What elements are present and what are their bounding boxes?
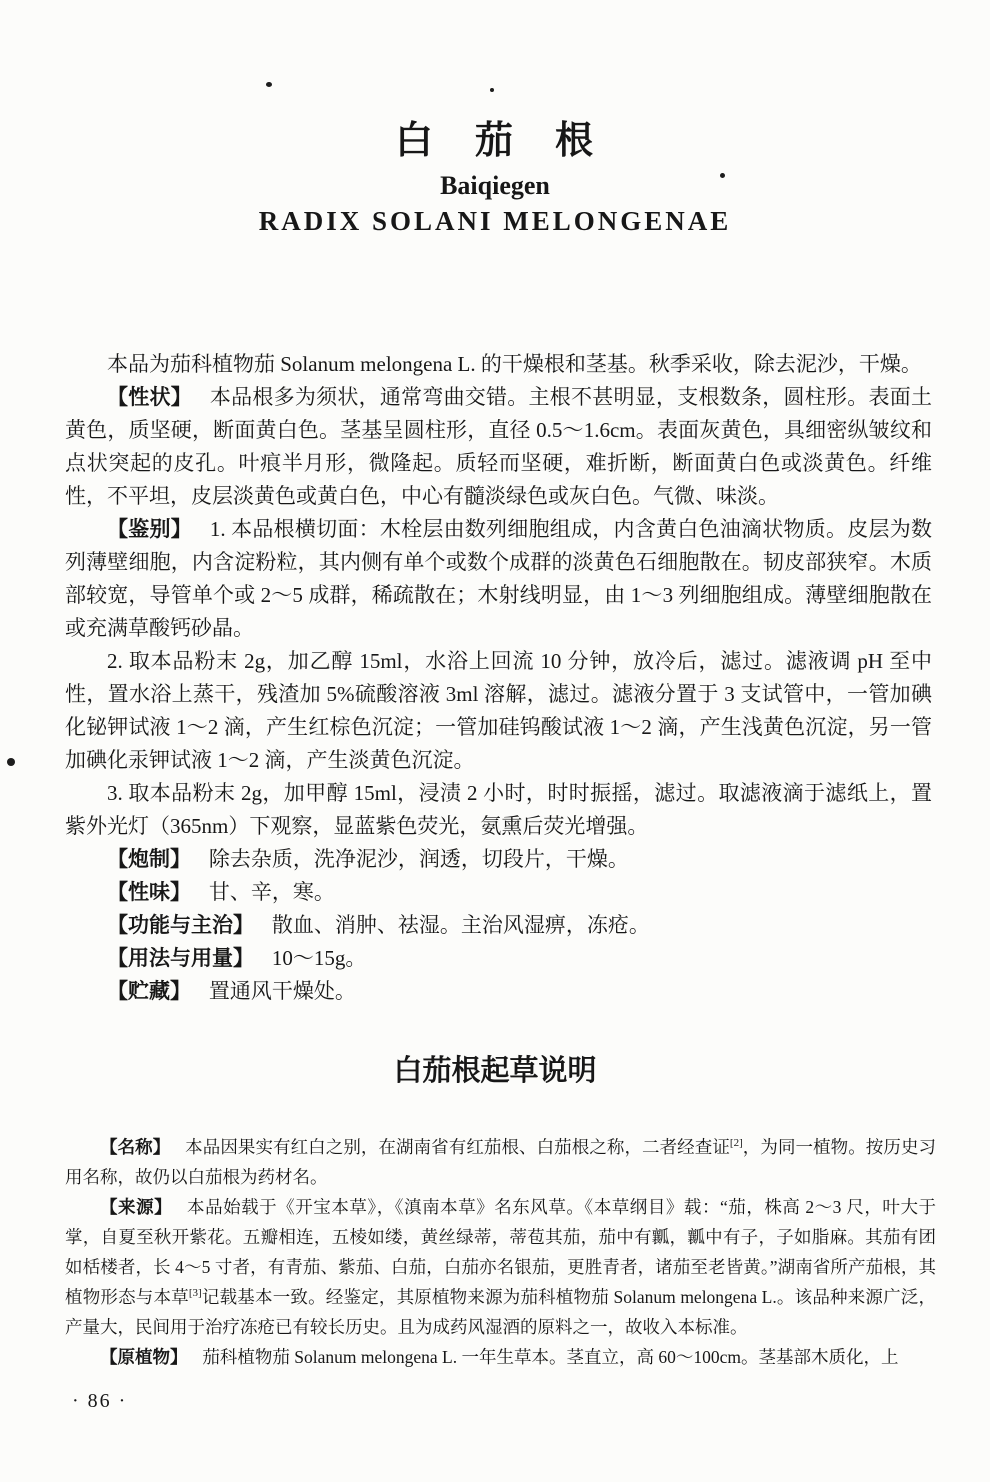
paragraph-yuanzhiwu: 【原植物】茄科植物茄 Solanum melongena L. 一年生草本。茎直… (65, 1342, 936, 1372)
document-page: 白 茄 根 Baiqiegen RADIX SOLANI MELONGENAE … (0, 0, 990, 1482)
footnote-superscript: [3] (189, 1287, 202, 1299)
monograph-title-chinese: 白 茄 根 (0, 0, 990, 162)
paragraph-paozhi: 【炮制】除去杂质，洗净泥沙，润透，切段片，干燥。 (65, 843, 932, 876)
paragraph-text: 本品根多为须状，通常弯曲交错。主根不甚明显，支根数条，圆柱形。表面土黄色，质坚硬… (65, 385, 932, 508)
section-label: 【功能与主治】 (107, 914, 254, 937)
paragraph-jianbie-3: 3. 取本品粉末 2g，加甲醇 15ml，浸渍 2 小时，时时振摇，滤过。取滤液… (65, 777, 932, 843)
section-label: 【性味】 (107, 881, 191, 904)
paragraph-text: 3. 取本品粉末 2g，加甲醇 15ml，浸渍 2 小时，时时振摇，滤过。取滤液… (65, 781, 932, 838)
section-label: 【贮藏】 (107, 980, 191, 1003)
monograph-title-latin: RADIX SOLANI MELONGENAE (0, 206, 990, 236)
print-speck (266, 82, 272, 87)
section-label: 【性状】 (107, 386, 192, 409)
page-number: · 86 · (72, 1390, 127, 1413)
paragraph-gongneng: 【功能与主治】散血、消肿、祛湿。主治风湿痹，冻疮。 (65, 909, 932, 942)
paragraph-xingzhuang: 【性状】本品根多为须状，通常弯曲交错。主根不甚明显，支根数条，圆柱形。表面土黄色… (65, 381, 932, 513)
paragraph-text: 茄科植物茄 Solanum melongena L. 一年生草本。茎直立，高 6… (202, 1347, 898, 1367)
section-label: 【鉴别】 (107, 518, 192, 541)
paragraph-text: 2. 取本品粉末 2g，加乙醇 15ml，水浴上回流 10 分钟，放冷后，滤过。… (65, 649, 932, 772)
paragraph-yongfa: 【用法与用量】10～15g。 (65, 942, 932, 975)
paragraph-jianbie-1: 【鉴别】1. 本品根横切面：木栓层由数列细胞组成，内含黄白色油滴状物质。皮层为数… (65, 513, 932, 645)
notes-section-title: 白茄根起草说明 (0, 1054, 990, 1088)
paragraph-jianbie-2: 2. 取本品粉末 2g，加乙醇 15ml，水浴上回流 10 分钟，放冷后，滤过。… (65, 645, 932, 777)
notes-body: 【名称】本品因果实有红白之别，在湖南省有红茄根、白茄根之称，二者经查证[2]，为… (0, 1132, 990, 1372)
paragraph-text: 散血、消肿、祛湿。主治风湿痹，冻疮。 (272, 913, 650, 937)
paragraph-mingcheng: 【名称】本品因果实有红白之别，在湖南省有红茄根、白茄根之称，二者经查证[2]，为… (65, 1132, 936, 1192)
section-label: 【名称】 (100, 1137, 170, 1157)
print-speck (7, 758, 15, 766)
paragraph-text: 甘、辛，寒。 (209, 880, 335, 904)
section-label: 【原植物】 (100, 1347, 188, 1367)
paragraph-text: 1. 本品根横切面：木栓层由数列细胞组成，内含黄白色油滴状物质。皮层为数列薄壁细… (65, 517, 932, 640)
print-speck (490, 88, 494, 92)
monograph-title-pinyin: Baiqiegen (0, 172, 990, 200)
print-speck (720, 173, 725, 178)
paragraph-laiyuan: 【来源】本品始载于《开宝本草》，《滇南本草》名东风草。《本草纲目》载：“茄，株高… (65, 1192, 936, 1342)
paragraph-text: 10～15g。 (272, 946, 367, 970)
paragraph-xingwei: 【性味】甘、辛，寒。 (65, 876, 932, 909)
paragraph-intro: 本品为茄科植物茄 Solanum melongena L. 的干燥根和茎基。秋季… (65, 348, 932, 381)
paragraph-text: 本品因果实有红白之别，在湖南省有红茄根、白茄根之称，二者经查证 (185, 1137, 730, 1157)
paragraph-text: 置通风干燥处。 (209, 979, 356, 1003)
paragraph-zhucang: 【贮藏】置通风干燥处。 (65, 975, 932, 1008)
paragraph-text: 本品为茄科植物茄 Solanum melongena L. 的干燥根和茎基。秋季… (107, 352, 922, 376)
footnote-superscript: [2] (730, 1137, 743, 1149)
paragraph-text: 除去杂质，洗净泥沙，润透，切段片，干燥。 (209, 847, 629, 871)
monograph-body: 本品为茄科植物茄 Solanum melongena L. 的干燥根和茎基。秋季… (0, 348, 990, 1008)
section-label: 【来源】 (100, 1197, 172, 1217)
section-label: 【炮制】 (107, 848, 191, 871)
section-label: 【用法与用量】 (107, 947, 254, 970)
